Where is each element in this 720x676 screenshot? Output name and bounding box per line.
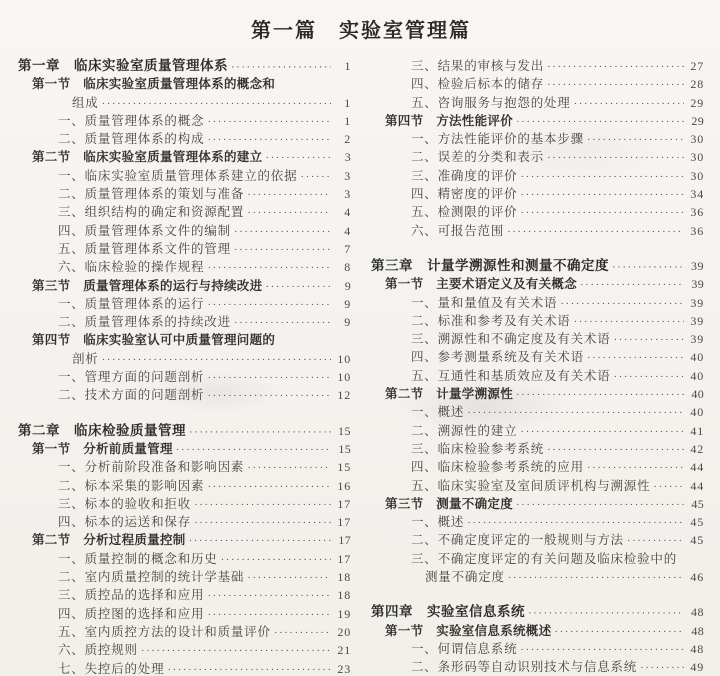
toc-entry: 一、何谓信息系统48 (371, 640, 704, 658)
toc-entry: 第四节 方法性能评价29 (371, 112, 704, 130)
toc-entry-label: 六、临床检验的操作规程 (58, 258, 204, 276)
dot-leader (516, 496, 684, 514)
toc-entry: 六、临床检验的操作规程8 (18, 258, 351, 276)
page-number: 7 (334, 240, 351, 258)
toc-entry: 第一节 实验室信息系统概述48 (371, 622, 704, 640)
toc-entry-label: 四、标本的运送和保存 (58, 513, 191, 531)
page-number: 42 (687, 440, 704, 458)
part-title: 第一篇 实验室管理篇 (18, 14, 704, 43)
page-number: 45 (687, 513, 704, 531)
toc-entry-label: 一、质量管理体系的概念 (58, 112, 204, 130)
toc-entry: 第四节 临床实验室认可中质量管理问题的 (18, 331, 351, 349)
toc-entry-label: 一、分析前阶段准备和影响因素 (58, 458, 244, 476)
dot-leader (547, 58, 684, 76)
toc-entry: 五、临床实验室及室间质评机构与溯源性44 (371, 477, 704, 495)
page-number: 49 (687, 658, 704, 676)
dot-leader (640, 659, 684, 676)
page-number: 1 (334, 94, 351, 112)
page-number: 21 (334, 641, 351, 659)
page-number: 15 (334, 440, 351, 458)
toc-entry: 四、标本的运送和保存17 (18, 513, 351, 531)
toc-chapter-entry: 第二章 临床检验质量管理15 (18, 422, 351, 440)
toc-entry-label: 第四节 临床实验室认可中质量管理问题的 (32, 331, 275, 349)
toc-entry: 二、不确定度评定的一般规则与方法45 (371, 531, 704, 549)
dot-leader (231, 58, 331, 76)
toc-entry: 一、质量控制的概念和历史17 (18, 550, 351, 568)
page-number: 48 (687, 603, 704, 621)
toc-entry: 四、质控图的选择和应用19 (18, 605, 351, 623)
page-number: 48 (687, 622, 704, 640)
page-number: 9 (334, 295, 351, 313)
dot-leader (234, 241, 331, 259)
toc-entry: 测量不确定度46 (371, 568, 704, 586)
toc-entry-label: 一、临床实验室质量管理体系建立的依据 (58, 167, 297, 185)
toc-entry: 五、互通性和基质效应及有关术语40 (371, 367, 704, 385)
dot-leader (547, 441, 684, 459)
dot-leader (508, 569, 684, 587)
dot-leader (520, 186, 684, 204)
toc-entry: 一、量和量值及有关术语39 (371, 294, 704, 312)
dot-leader (574, 313, 684, 331)
dot-leader (207, 478, 331, 496)
toc-entry: 第三节 测量不确定度45 (371, 495, 704, 513)
dot-leader (520, 641, 684, 659)
dot-leader (467, 404, 684, 422)
dot-leader (265, 149, 331, 167)
toc-entry-label: 测量不确定度 (425, 568, 505, 586)
toc-entry: 五、检测限的评价36 (371, 203, 704, 221)
toc-entry-label: 六、可报告范围 (411, 222, 504, 240)
page-number: 18 (334, 568, 351, 586)
dot-leader (207, 369, 331, 387)
toc-entry-label: 第一节 分析前质量管理 (32, 440, 173, 458)
toc-entry: 四、精密度的评价34 (371, 185, 704, 203)
toc-entry-label: 剖析 (72, 350, 99, 368)
toc-entry: 第三节 质量管理体系的运行与持续改进9 (18, 277, 351, 295)
page-number: 1 (334, 57, 351, 75)
toc-entry: 第二节 临床实验室质量管理体系的建立3 (18, 148, 351, 166)
toc-entry-label: 第四章 实验室信息系统 (371, 603, 525, 621)
toc-entry-label: 五、质量管理体系文件的管理 (58, 240, 231, 258)
page-number: 30 (687, 130, 704, 148)
toc-entry-label: 四、检验后标本的储存 (411, 75, 544, 93)
page-number: 45 (687, 495, 704, 513)
toc-entry: 六、可报告范围36 (371, 222, 704, 240)
toc-entry: 第一节 主要术语定义及有关概念39 (371, 275, 704, 293)
page-number: 8 (334, 258, 351, 276)
toc-entry-label: 第三章 计量学溯源性和测量不确定度 (371, 257, 609, 275)
dot-leader (528, 604, 684, 622)
toc-entry: 二、技术方面的问题剖析12 (18, 386, 351, 404)
dot-leader (247, 569, 331, 587)
toc-entry-label: 组成 (72, 94, 99, 112)
page-number: 44 (687, 458, 704, 476)
toc-entry: 五、咨询服务与抱怨的处理29 (371, 94, 704, 112)
toc-entry-label: 第二节 计量学溯源性 (385, 385, 513, 403)
toc-entry-label: 二、误差的分类和表示 (411, 148, 544, 166)
dot-leader (520, 423, 684, 441)
dot-leader (467, 514, 684, 532)
dot-leader (516, 113, 684, 131)
dot-leader (221, 551, 331, 569)
toc-entry-label: 三、准确度的评价 (411, 167, 517, 185)
dot-leader (300, 168, 331, 186)
toc-entry-label: 一、何谓信息系统 (411, 640, 517, 658)
page-number: 19 (334, 605, 351, 623)
dot-leader (194, 496, 331, 514)
toc-entry-label: 一、概述 (411, 513, 464, 531)
toc-entry: 一、概述40 (371, 403, 704, 421)
toc-entry-label: 三、临床检验参考系统 (411, 440, 544, 458)
dot-leader (547, 76, 684, 94)
toc-entry: 三、溯源性和不确定度及有关术语39 (371, 330, 704, 348)
toc-entry-label: 二、溯源性的建立 (411, 422, 517, 440)
page-number: 30 (687, 148, 704, 166)
page-number: 4 (334, 203, 351, 221)
toc-entry: 一、管理方面的问题剖析10 (18, 368, 351, 386)
toc-entry: 七、失控后的处理23 (18, 660, 351, 676)
toc-chapter-entry: 第四章 实验室信息系统48 (371, 603, 704, 621)
toc-entry: 二、质量管理体系的持续改进9 (18, 313, 351, 331)
toc-column-right: 三、结果的审核与发出27四、检验后标本的储存28五、咨询服务与抱怨的处理29第四… (371, 57, 704, 676)
toc-entry: 三、组织结构的确定和资源配置4 (18, 203, 351, 221)
toc-entry: 第一节 临床实验室质量管理体系的概念和 (18, 75, 351, 93)
dot-leader (580, 276, 684, 294)
page-number: 40 (687, 348, 704, 366)
dot-leader (247, 204, 331, 222)
toc-entry-label: 第一节 主要术语定义及有关概念 (385, 275, 577, 293)
toc-entry-label: 三、组织结构的确定和资源配置 (58, 203, 244, 221)
toc-entry: 一、概述45 (371, 513, 704, 531)
dot-leader (560, 295, 684, 313)
toc-entry-label: 二、不确定度评定的一般规则与方法 (411, 531, 624, 549)
dot-leader (247, 459, 331, 477)
toc-entry: 三、结果的审核与发出27 (371, 57, 704, 75)
toc-entry-label: 五、室内质控方法的设计和质量评价 (58, 623, 271, 641)
dot-leader (587, 131, 684, 149)
page-number: 3 (334, 185, 351, 203)
page-number: 40 (687, 385, 704, 403)
page-number: 10 (334, 350, 351, 368)
dot-leader (614, 331, 684, 349)
toc-entry: 三、标本的验收和拒收17 (18, 495, 351, 513)
toc-entry: 三、不确定度评定的有关问题及临床检验中的 (371, 550, 704, 568)
page-number: 15 (334, 458, 351, 476)
toc-entry-label: 二、质量管理体系的持续改进 (58, 313, 231, 331)
dot-leader (627, 532, 684, 550)
page-number: 1 (334, 112, 351, 130)
toc-entry-label: 第三节 测量不确定度 (385, 495, 513, 513)
toc-entry: 剖析10 (18, 350, 351, 368)
dot-leader (520, 204, 684, 222)
page-number: 44 (687, 477, 704, 495)
page-number: 29 (687, 112, 704, 130)
toc-entry-label: 四、精密度的评价 (411, 185, 517, 203)
page-number: 36 (687, 203, 704, 221)
toc-entry: 第二节 计量学溯源性40 (371, 385, 704, 403)
toc-entry: 一、方法性能评价的基本步骤30 (371, 130, 704, 148)
toc-entry-label: 三、质控品的选择和应用 (58, 586, 204, 604)
dot-leader (176, 441, 331, 459)
toc-entry: 四、检验后标本的储存28 (371, 75, 704, 93)
dot-leader (207, 387, 331, 405)
toc-entry-label: 二、标本采集的影响因素 (58, 477, 204, 495)
toc-entry: 二、条形码等自动识别技术与信息系统49 (371, 658, 704, 676)
toc-entry-label: 二、质量管理体系的策划与准备 (58, 185, 244, 203)
toc-entry: 三、准确度的评价30 (371, 167, 704, 185)
dot-leader (207, 587, 331, 605)
page-number: 46 (687, 568, 704, 586)
toc-entry: 四、参考测量系统及有关术语40 (371, 348, 704, 366)
toc-entry-label: 二、质量管理体系的构成 (58, 130, 204, 148)
page-number: 18 (334, 586, 351, 604)
toc-entry-label: 一、方法性能评价的基本步骤 (411, 130, 584, 148)
page-number: 41 (687, 422, 704, 440)
dot-leader (274, 624, 331, 642)
page-number: 28 (687, 75, 704, 93)
toc-entry-label: 第三节 质量管理体系的运行与持续改进 (32, 277, 262, 295)
dot-leader (587, 349, 684, 367)
toc-entry-label: 一、量和量值及有关术语 (411, 294, 557, 312)
dot-leader (234, 314, 331, 332)
toc-entry: 二、质量管理体系的构成2 (18, 130, 351, 148)
toc-entry-label: 五、互通性和基质效应及有关术语 (411, 367, 611, 385)
page-number: 39 (687, 312, 704, 330)
toc-entry: 二、标准和参考及有关术语39 (371, 312, 704, 330)
toc-entry: 一、临床实验室质量管理体系建立的依据3 (18, 167, 351, 185)
toc-entry-label: 一、概述 (411, 403, 464, 421)
page-number: 17 (334, 513, 351, 531)
toc-entry-label: 三、标本的验收和拒收 (58, 495, 191, 513)
page-number: 39 (687, 330, 704, 348)
dot-leader (265, 278, 331, 296)
toc-entry-label: 七、失控后的处理 (58, 660, 164, 676)
page-number: 10 (334, 368, 351, 386)
toc-entry-label: 一、质量控制的概念和历史 (58, 550, 218, 568)
page-number: 20 (334, 623, 351, 641)
page-number: 45 (687, 531, 704, 549)
toc-entry: 第一节 分析前质量管理15 (18, 440, 351, 458)
dot-leader (653, 478, 684, 496)
toc-entry: 二、误差的分类和表示30 (371, 148, 704, 166)
dot-leader (207, 296, 331, 314)
page-number: 40 (687, 403, 704, 421)
toc-entry-label: 第二节 临床实验室质量管理体系的建立 (32, 148, 262, 166)
page-number: 3 (334, 148, 351, 166)
page-number: 27 (687, 57, 704, 75)
toc-entry: 二、溯源性的建立41 (371, 422, 704, 440)
page-number: 34 (687, 185, 704, 203)
toc-entry-label: 五、临床实验室及室间质评机构与溯源性 (411, 477, 650, 495)
toc-entry-label: 一、管理方面的问题剖析 (58, 368, 204, 386)
toc-entry-label: 第二节 分析过程质量控制 (32, 531, 186, 549)
toc-chapter-entry: 第三章 计量学溯源性和测量不确定度39 (371, 257, 704, 275)
toc-entry: 三、临床检验参考系统42 (371, 440, 704, 458)
dot-leader (507, 223, 684, 241)
toc-entry: 二、室内质量控制的统计学基础18 (18, 568, 351, 586)
page-number: 17 (334, 531, 351, 549)
toc-entry-label: 四、参考测量系统及有关术语 (411, 348, 584, 366)
toc-entry: 一、质量管理体系的运行9 (18, 295, 351, 313)
toc-entry-label: 二、室内质量控制的统计学基础 (58, 568, 244, 586)
page-number: 39 (687, 257, 704, 275)
dot-leader (554, 623, 684, 641)
toc-entry-label: 第一节 实验室信息系统概述 (385, 622, 551, 640)
toc-entry-label: 第四节 方法性能评价 (385, 112, 513, 130)
dot-leader (167, 661, 331, 676)
toc-entry-label: 三、结果的审核与发出 (411, 57, 544, 75)
toc-columns: 第一章 临床实验室质量管理体系1第一节 临床实验室质量管理体系的概念和组成1一、… (18, 57, 704, 676)
dot-leader (547, 149, 684, 167)
toc-entry: 四、质量管理体系文件的编制4 (18, 222, 351, 240)
toc-entry-label: 四、质控图的选择和应用 (58, 605, 204, 623)
page-number: 48 (687, 640, 704, 658)
page-number: 9 (334, 277, 351, 295)
page-number: 17 (334, 495, 351, 513)
dot-leader (102, 351, 331, 369)
toc-entry: 二、标本采集的影响因素16 (18, 477, 351, 495)
dot-leader (574, 95, 684, 113)
dot-leader (189, 532, 331, 550)
dot-leader (194, 514, 331, 532)
dot-leader (520, 168, 684, 186)
dot-leader (234, 223, 331, 241)
dot-leader (141, 642, 331, 660)
dot-leader (247, 186, 331, 204)
toc-entry-label: 三、溯源性和不确定度及有关术语 (411, 330, 611, 348)
toc-entry-label: 二、技术方面的问题剖析 (58, 386, 204, 404)
toc-entry-label: 第一节 临床实验室质量管理体系的概念和 (32, 75, 275, 93)
toc-entry-label: 三、不确定度评定的有关问题及临床检验中的 (411, 550, 677, 568)
page-number: 15 (334, 422, 351, 440)
dot-leader (516, 386, 684, 404)
toc-entry-label: 四、临床检验参考系统的应用 (411, 458, 584, 476)
page-number: 3 (334, 167, 351, 185)
toc-entry: 第二节 分析过程质量控制17 (18, 531, 351, 549)
toc-entry: 五、质量管理体系文件的管理7 (18, 240, 351, 258)
toc-chapter-entry: 第一章 临床实验室质量管理体系1 (18, 57, 351, 75)
toc-entry-label: 第一章 临床实验室质量管理体系 (18, 57, 228, 75)
page-number: 40 (687, 367, 704, 385)
toc-entry-label: 二、标准和参考及有关术语 (411, 312, 571, 330)
toc-entry: 一、分析前阶段准备和影响因素15 (18, 458, 351, 476)
toc-entry-label: 五、咨询服务与抱怨的处理 (411, 94, 571, 112)
toc-page: 第一篇 实验室管理篇 第一章 临床实验室质量管理体系1第一节 临床实验室质量管理… (0, 0, 720, 676)
dot-leader (102, 95, 331, 113)
dot-leader (189, 423, 331, 441)
toc-entry-label: 四、质量管理体系文件的编制 (58, 222, 231, 240)
dot-leader (207, 259, 331, 277)
dot-leader (207, 606, 331, 624)
toc-entry-label: 六、质控规则 (58, 641, 138, 659)
toc-entry: 六、质控规则21 (18, 641, 351, 659)
toc-entry-label: 二、条形码等自动识别技术与信息系统 (411, 658, 637, 676)
dot-leader (612, 258, 684, 276)
page-number: 12 (334, 386, 351, 404)
toc-entry: 五、室内质控方法的设计和质量评价20 (18, 623, 351, 641)
page-number: 23 (334, 660, 351, 676)
page-number: 39 (687, 275, 704, 293)
toc-entry-label: 一、质量管理体系的运行 (58, 295, 204, 313)
toc-column-left: 第一章 临床实验室质量管理体系1第一节 临床实验室质量管理体系的概念和组成1一、… (18, 57, 351, 676)
dot-leader (207, 113, 331, 131)
dot-leader (207, 131, 331, 149)
page-number: 29 (687, 94, 704, 112)
toc-entry-label: 五、检测限的评价 (411, 203, 517, 221)
toc-entry: 组成1 (18, 94, 351, 112)
toc-entry: 二、质量管理体系的策划与准备3 (18, 185, 351, 203)
page-number: 9 (334, 313, 351, 331)
toc-entry: 四、临床检验参考系统的应用44 (371, 458, 704, 476)
dot-leader (614, 368, 684, 386)
toc-entry: 一、质量管理体系的概念1 (18, 112, 351, 130)
page-number: 36 (687, 222, 704, 240)
page-number: 17 (334, 550, 351, 568)
page-number: 30 (687, 167, 704, 185)
toc-entry: 三、质控品的选择和应用18 (18, 586, 351, 604)
page-number: 39 (687, 294, 704, 312)
page-number: 16 (334, 477, 351, 495)
dot-leader (587, 459, 684, 477)
toc-entry-label: 第二章 临床检验质量管理 (18, 422, 186, 440)
page-number: 2 (334, 130, 351, 148)
page-number: 4 (334, 222, 351, 240)
